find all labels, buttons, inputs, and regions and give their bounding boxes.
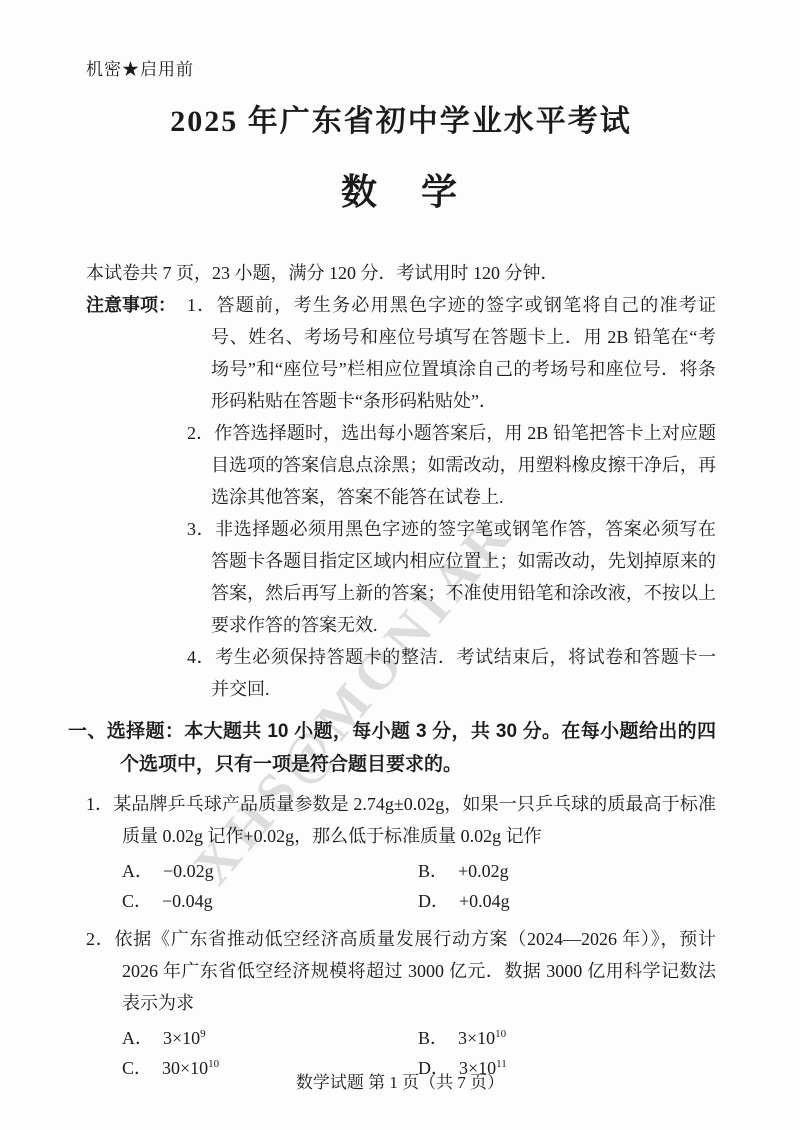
exam-info: 本试卷共 7 页，23 小题，满分 120 分．考试用时 120 分钟． [86, 257, 716, 289]
notice-label: 注意事项： [86, 289, 176, 321]
option-label: A． [122, 1023, 153, 1053]
notice-text: 非选择题必须用黑色字迹的签字笔或钢笔作答，答案必须写在答题卡各题目指定区域内相应… [211, 519, 716, 635]
notice-list: 1．答题前，考生务必用黑色字迹的签字或钢笔将自己的准考证号、姓名、考场号和座位号… [187, 289, 716, 705]
exam-page: XHS@MONIAR 机密★启用前 2025 年广东省初中学业水平考试 数 学 … [0, 0, 800, 1130]
option-value: 3×1010 [458, 1028, 506, 1048]
notice-number: 3． [187, 519, 215, 539]
option-d: D．+0.04g [418, 886, 716, 916]
question-2: 2．依据《广东省推动低空经济高质量发展行动方案（2024—2026 年）》，预计… [86, 923, 716, 1083]
option-c: C．−0.04g [122, 886, 418, 916]
option-value: −0.02g [163, 861, 214, 881]
notice-number: 4． [187, 647, 215, 667]
option-value: 3×109 [163, 1028, 206, 1048]
classification-banner: 机密★启用前 [86, 55, 716, 80]
option-b: B．+0.02g [418, 856, 716, 886]
notice-text: 作答选择题时，选出每小题答案后，用 2B 铅笔把答卡上对应题目选项的答案信息点涂… [211, 423, 716, 507]
question-stem: 2．依据《广东省推动低空经济高质量发展行动方案（2024—2026 年）》，预计… [86, 923, 716, 1019]
option-exponent: 9 [200, 1028, 206, 1040]
notice-item-3: 3．非选择题必须用黑色字迹的签字笔或钢笔作答，答案必须写在答题卡各题目指定区域内… [187, 513, 716, 641]
question-stem: 1．某品牌乒乓球产品质量参数是 2.74g±0.02g，如果一只乒乓球的质最高于… [86, 788, 716, 852]
exam-subject: 数 学 [86, 164, 716, 215]
option-a: A．3×109 [122, 1023, 418, 1053]
notice-text: 考生必须保持答题卡的整洁．考试结束后，将试卷和答题卡一并交回. [211, 647, 716, 699]
option-value: +0.04g [459, 891, 510, 911]
option-b: B．3×1010 [418, 1023, 716, 1053]
question-1: 1．某品牌乒乓球产品质量参数是 2.74g±0.02g，如果一只乒乓球的质最高于… [86, 788, 716, 916]
notice-item-1: 1．答题前，考生务必用黑色字迹的签字或钢笔将自己的准考证号、姓名、考场号和座位号… [187, 289, 716, 417]
question-text: 某品牌乒乓球产品质量参数是 2.74g±0.02g，如果一只乒乓球的质最高于标准… [113, 794, 716, 846]
page-footer: 数学试题 第 1 页（共 7 页） [0, 1068, 800, 1093]
notice-item-2: 2．作答选择题时，选出每小题答案后，用 2B 铅笔把答卡上对应题目选项的答案信息… [187, 417, 716, 513]
notice-text: 答题前，考生务必用黑色字迹的签字或钢笔将自己的准考证号、姓名、考场号和座位号填写… [211, 295, 716, 411]
option-label: B． [418, 1023, 448, 1053]
option-exponent: 10 [495, 1028, 506, 1040]
question-number: 2． [86, 929, 115, 949]
option-label: A． [122, 856, 153, 886]
notice-block: 注意事项： 1．答题前，考生务必用黑色字迹的签字或钢笔将自己的准考证号、姓名、考… [86, 289, 716, 705]
option-value: −0.04g [162, 891, 213, 911]
section-heading-choice: 一、选择题：本大题共 10 小题，每小题 3 分，共 30 分。在每小题给出的四… [68, 715, 716, 781]
question-text: 依据《广东省推动低空经济高质量发展行动方案（2024—2026 年）》，预计 2… [115, 929, 717, 1013]
option-label: D． [418, 886, 449, 916]
option-value: +0.02g [458, 861, 509, 881]
question-number: 1． [86, 794, 113, 814]
notice-number: 2． [187, 423, 214, 443]
option-label: B． [418, 856, 448, 886]
option-label: C． [122, 886, 152, 916]
exam-title: 2025 年广东省初中学业水平考试 [86, 96, 716, 140]
option-a: A．−0.02g [122, 856, 418, 886]
notice-number: 1． [187, 295, 217, 315]
question-options: A．−0.02g B．+0.02g C．−0.04g D．+0.04g [86, 856, 716, 916]
notice-item-4: 4．考生必须保持答题卡的整洁．考试结束后，将试卷和答题卡一并交回. [187, 641, 716, 705]
